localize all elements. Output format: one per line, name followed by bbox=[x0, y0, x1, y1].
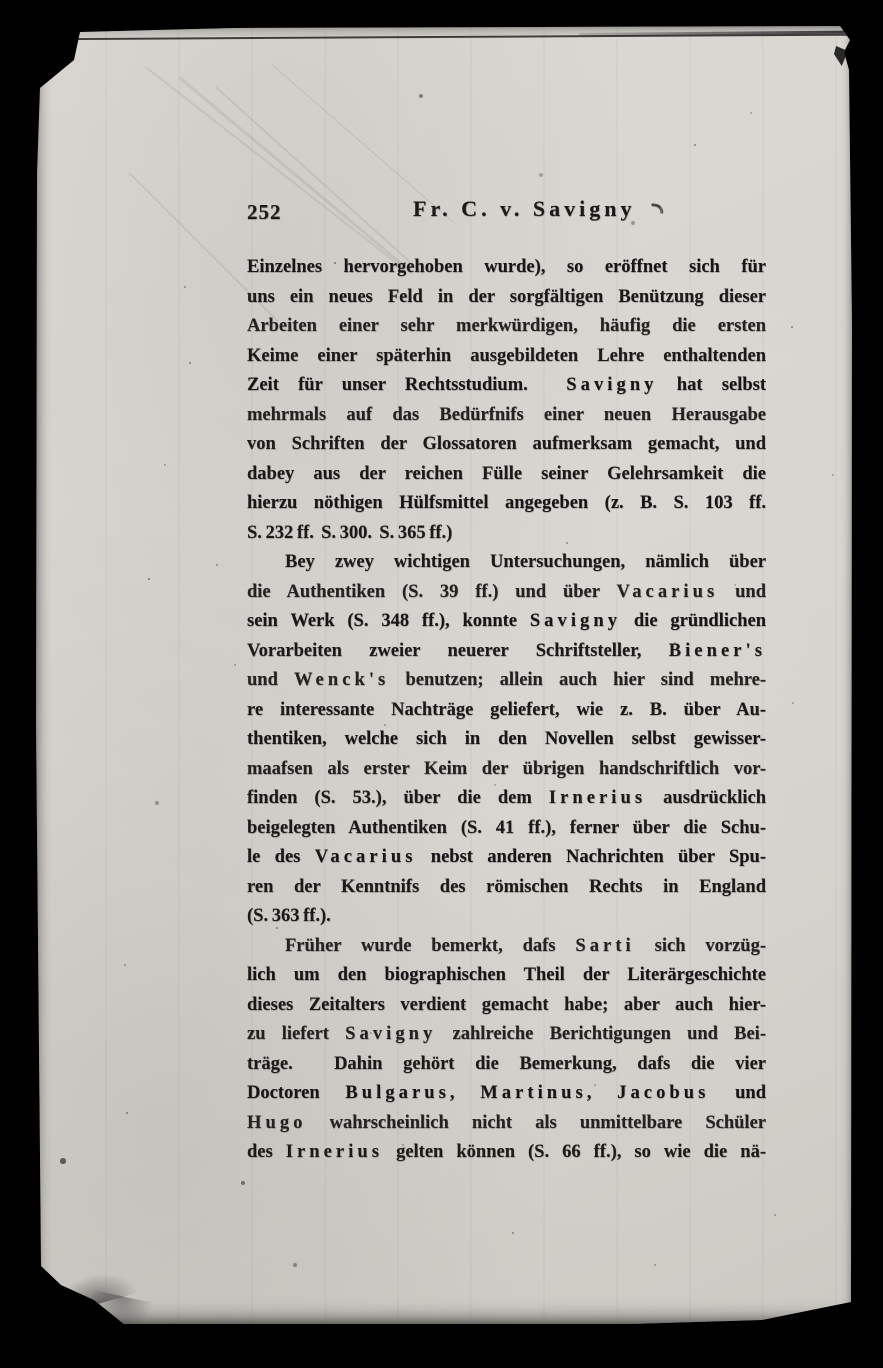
letterspaced-name: Hugo bbox=[247, 1113, 306, 1133]
text-line: re interessante Nachträge geliefert, wie… bbox=[247, 696, 766, 726]
text-line: hierzu nöthigen Hülfsmittel angegeben (z… bbox=[247, 489, 766, 519]
text-line: und Wenck's benutzen; allein auch hier s… bbox=[247, 666, 766, 696]
text-line: thentiken, welche sich in den Novellen s… bbox=[247, 725, 766, 755]
text-line: Einzelnes hervorgehoben wurde), so eröff… bbox=[247, 253, 766, 283]
letterspaced-name: Savigny bbox=[345, 1024, 436, 1044]
text-line: ren der Kenntnifs des römischen Rechts i… bbox=[247, 873, 766, 903]
text-line: sein Werk (S. 348 ff.), konnte Savigny d… bbox=[247, 607, 766, 637]
text-line: Doctoren Bulgarus, Martinus, Jacobus und bbox=[247, 1079, 766, 1109]
text-line: S. 232 ff. S. 300. S. 365 ff.) bbox=[247, 519, 766, 549]
page-text: Einzelnes hervorgehoben wurde), so eröff… bbox=[247, 253, 766, 1168]
paper-specks bbox=[34, 24, 36, 26]
text-line: finden (S. 53.), über die dem Irnerius a… bbox=[247, 784, 766, 814]
text-line: beigelegten Authentiken (S. 41 ff.), fer… bbox=[247, 814, 766, 844]
text-line: träge. Dahin gehört die Bemerkung, dafs … bbox=[247, 1050, 766, 1080]
text-line: Vorarbeiten zweier neuerer Schriftstelle… bbox=[247, 637, 766, 667]
letterspaced-name: Wenck's bbox=[294, 670, 389, 690]
text-line: mehrmals auf das Bedürfnifs einer neuen … bbox=[247, 401, 766, 431]
text-line: (S. 363 ff.). bbox=[247, 902, 766, 932]
text-line: Früher wurde bemerkt, dafs Sarti sich vo… bbox=[247, 932, 766, 962]
letterspaced-name: Bulgarus bbox=[345, 1083, 450, 1103]
text-line: maafsen als erster Keim der übrigen hand… bbox=[247, 755, 766, 785]
letterspaced-name: Savigny bbox=[530, 611, 621, 631]
page-header: 252 Fr. C. v. Savigny bbox=[247, 194, 766, 228]
text-line: Zeit für unser Rechtsstudium. Savigny ha… bbox=[247, 371, 766, 401]
text-line: Bey zwey wichtigen Untersuchungen, nämli… bbox=[247, 548, 766, 578]
text-line: dabey aus der reichen Fülle seiner Geleh… bbox=[247, 460, 766, 490]
running-title: Fr. C. v. Savigny bbox=[413, 196, 635, 222]
text-line: von Schriften der Glossatoren aufmerksam… bbox=[247, 430, 766, 460]
page-content: 252 Fr. C. v. Savigny Einzelnes hervorge… bbox=[247, 194, 766, 1168]
letterspaced-name: Biener's bbox=[669, 641, 766, 661]
letterspaced-name: Savigny bbox=[566, 375, 657, 395]
letterspaced-name: Irnerius bbox=[286, 1142, 383, 1162]
text-line: zu liefert Savigny zahlreiche Berichtigu… bbox=[247, 1020, 766, 1050]
text-line: Keime einer späterhin ausgebildeten Lehr… bbox=[247, 342, 766, 372]
letterspaced-name: Irnerius bbox=[549, 788, 646, 808]
corner-notch bbox=[834, 46, 848, 66]
text-line: Arbeiten einer sehr merkwürdigen, häufig… bbox=[247, 312, 766, 342]
printers-mark bbox=[650, 203, 664, 214]
letterspaced-name: Vacarius bbox=[616, 582, 718, 602]
letterspaced-name: Jacobus bbox=[617, 1083, 709, 1103]
letterspaced-name: Sarti bbox=[575, 936, 634, 956]
torn-corner-shadow bbox=[86, 1290, 152, 1336]
text-line: des Irnerius gelten können (S. 66 ff.), … bbox=[247, 1138, 766, 1168]
text-line: uns ein neues Feld in der sorgfältigen B… bbox=[247, 283, 766, 313]
text-line: lich um den biographischen Theil der Lit… bbox=[247, 961, 766, 991]
text-line: le des Vacarius nebst anderen Nachrichte… bbox=[247, 843, 766, 873]
book-page: 252 Fr. C. v. Savigny Einzelnes hervorge… bbox=[34, 24, 856, 1324]
text-line: die Authentiken (S. 39 ff.) und über Vac… bbox=[247, 578, 766, 608]
text-line: Hugo wahrscheinlich nicht als unmittelba… bbox=[247, 1109, 766, 1139]
scan-background: 252 Fr. C. v. Savigny Einzelnes hervorge… bbox=[0, 0, 883, 1368]
page-number: 252 bbox=[247, 200, 282, 225]
letterspaced-name: Martinus bbox=[480, 1083, 587, 1103]
text-line: dieses Zeitalters verdient gemacht habe;… bbox=[247, 991, 766, 1021]
letterspaced-name: Vacarius bbox=[315, 847, 417, 867]
